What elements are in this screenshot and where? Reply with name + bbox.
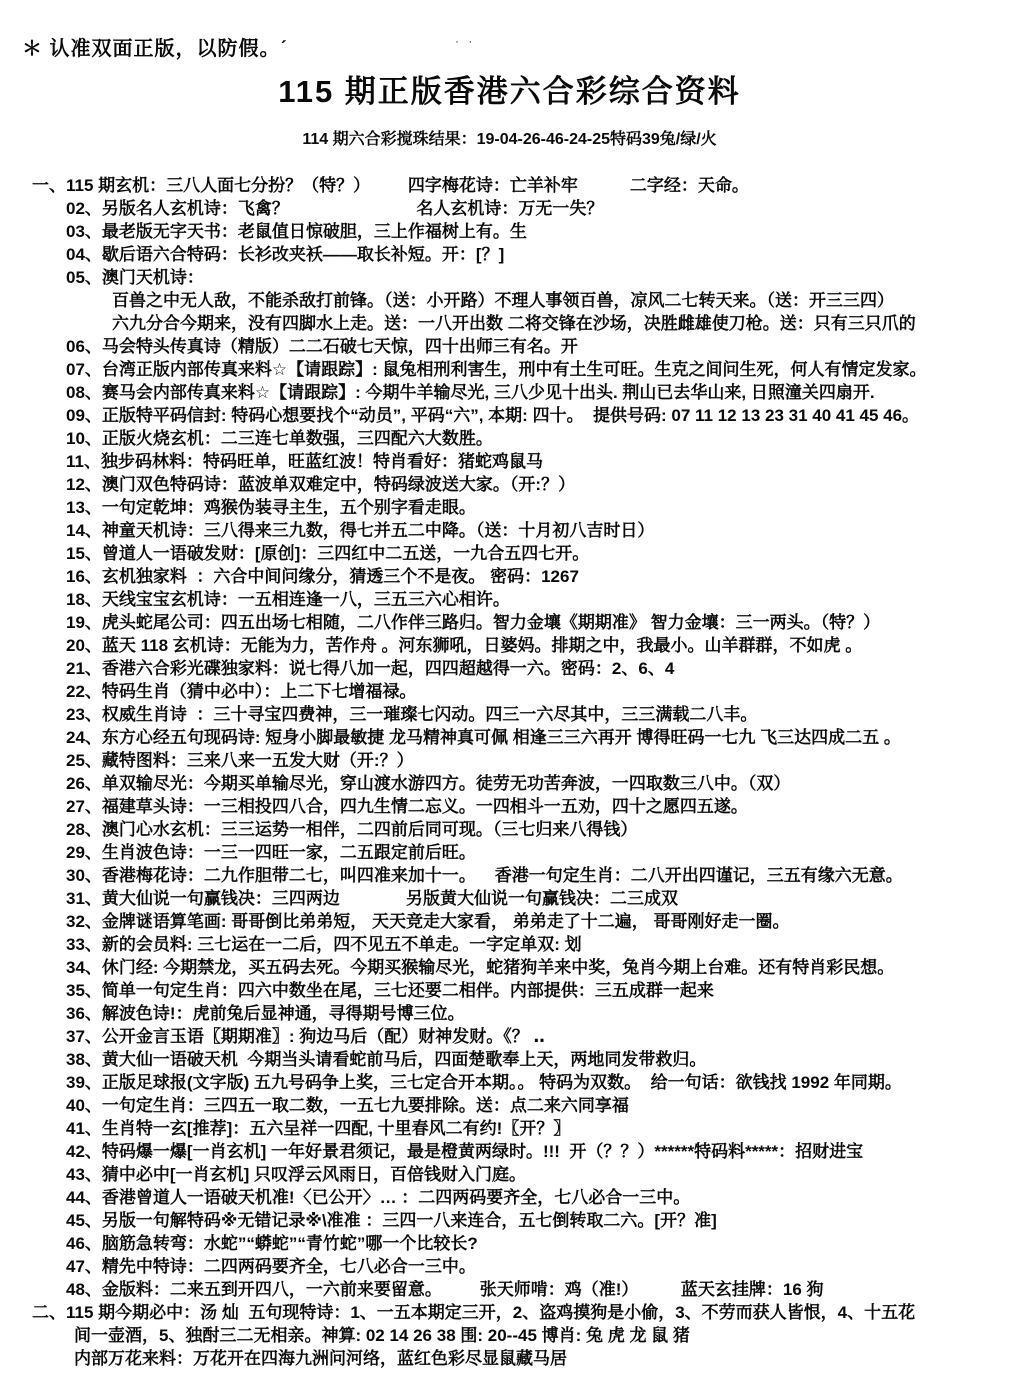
content-line: 42、特码爆一爆[一肖玄机] 一年好景君须记，最是橙黄两绿时。!!! 开（？？）… [0, 1140, 1019, 1163]
content-line: 02、另版名人玄机诗：飞禽？ 名人玄机诗：万无一失？ [0, 197, 1019, 220]
content-line: 33、新的会员料: 三七运在一二后，四不见五不单走。一字定单双: 划 [0, 933, 1019, 956]
content-line: 20、蓝天 118 玄机诗：无能为力，苦作舟 。河东狮吼，日婆妈。排期之中，我最… [0, 634, 1019, 657]
content-line: 47、精先中特诗：二四两码要齐全，七八必合一三中。 [0, 1255, 1019, 1278]
content-line: 22、特码生肖（猜中必中）：上二下七增福禄。 [0, 680, 1019, 703]
content-line: 35、简单一句定生肖：四六中数坐在尾，三七还要二相伴。内部提供：三五成群一起来 [0, 979, 1019, 1002]
content-line: 45、另版一句解特码※无错记录※\准准 ：三四一八来连合，五七倒转取二六。[开？… [0, 1209, 1019, 1232]
content-line: 41、生肖特一玄[推荐]：五六呈祥一四配, 十里春风二有约!〖开？〗 [0, 1117, 1019, 1140]
content-line: 百兽之中无人敌，不能杀敌打前锋。（送：小开路）不理人事领百兽，凉风二七转天来。（… [0, 289, 1019, 312]
content-line: 05、澳门天机诗： [0, 266, 1019, 289]
content-line: 04、歇后语六合特码：长衫改夹袄——取长补短。开：[？] [0, 243, 1019, 266]
content-line: 43、猜中必中[一肖玄机] 只叹浮云风雨日，百倍钱财入门庭。 [0, 1163, 1019, 1186]
document-page: ＊ 认准双面正版，以防假。ˊ · · 115 期正版香港六合彩综合资料 114 … [0, 0, 1019, 1388]
content-line: 30、香港梅花诗：二九作胆带二七，叫四准来加十一。 香港一句定生肖：二八开出四谨… [0, 864, 1019, 887]
content-line: 39、正版足球报(文字版) 五九号码争上奖，三七定合开本期。。 特码为双数。 给… [0, 1071, 1019, 1094]
content-line: 44、香港曾道人一语破天机准!〈已公开〉… ：二四两码要齐全，七八必合一三中。 [0, 1186, 1019, 1209]
content-line: 10、正版火烧玄机：二三连七单数强，三四配六大数胜。 [0, 427, 1019, 450]
content-line: 06、马会特头传真诗（精版）二二石破七天惊，四十出师三有名。开 [0, 335, 1019, 358]
content-line: 间一壶酒，5、独酎三二无相亲。神算: 02 14 26 38 围: 20--45… [0, 1324, 1019, 1347]
content-line: 二、115 期今期必中：汤 灿 五句现特诗：1、一五本期定三开，2、盗鸡摸狗是小… [0, 1301, 1019, 1324]
content-line: 36、解波色诗!：虎前兔后显神通，寻得期号博三位。 [0, 1002, 1019, 1025]
content-line: 25、藏特图料：三来八来一五发大财（开:？） [0, 749, 1019, 772]
content-line: 27、福建草头诗：一三相投四八合，四九生情二忘义。一四相斗一五劝，四十之愿四五遂… [0, 795, 1019, 818]
content-line: 15、曾道人一语破发财：[原创]：三四红中二五送，一九合五四七开。 [0, 542, 1019, 565]
content-line: 08、赛马会内部传真来料☆【请跟踪】: 今期牛羊输尽光, 三八少见十出头. 荆山… [0, 381, 1019, 404]
content-line: 38、黄大仙一语破天机 今期当头请看蛇前马后，四面楚歌奉上天，两地同发带救归。 [0, 1048, 1019, 1071]
content-line: 09、正版特平码信封: 特码心想要找个“动员”, 平码“六”, 本期: 四十。 … [0, 404, 1019, 427]
draw-result-subtitle: 114 期六合彩搅珠结果：19-04-26-46-24-25特码39兔/绿/火 [0, 126, 1019, 149]
content-line: 13、一句定乾坤：鸡猴伪装寻主生，五个别字看走眼。 [0, 496, 1019, 519]
content-body: 一、115 期玄机：三八人面七分扮？（特？） 四字梅花诗：亡羊补牢 二字经：天命… [0, 174, 1019, 1370]
content-line: 14、神童天机诗：三八得来三九数，得七并五二中降。（送：十月初八吉时日） [0, 519, 1019, 542]
content-line: 六九分合今期来，没有四脚水上走。送：一八开出数 二将交锋在沙场，决胜雌雄使刀枪。… [0, 312, 1019, 335]
content-line: 11、独步码林料：特码旺单，旺蓝红波！特肖看好：猪蛇鸡鼠马 [0, 450, 1019, 473]
content-line: 21、香港六合彩光碟独家料：说七得八加一起，四四超越得一六。密码：2、6、4 [0, 657, 1019, 680]
content-line: 26、单双输尽光：今期买单输尽光，穿山渡水游四方。徒劳无功苦奔波，一四取数三八中… [0, 772, 1019, 795]
content-line: 03、最老版无字天书：老鼠值日惊破胆，三上作福树上有。生 [0, 220, 1019, 243]
content-line: 29、生肖波色诗：一三一四旺一家，二五跟定前后旺。 [0, 841, 1019, 864]
scan-artifact-dots: · · [455, 34, 475, 48]
page-title: 115 期正版香港六合彩综合资料 [0, 66, 1019, 111]
content-line: 18、天线宝宝玄机诗：一五相连逢一八，三五三六心相许。 [0, 588, 1019, 611]
content-line: 16、玄机独家料 ：六合中间问缘分，猜透三个不是夜。 密码：1267 [0, 565, 1019, 588]
content-line: 32、金牌谜语算笔画: 哥哥倒比弟弟短， 天天竞走大家看， 弟弟走了十二遍， 哥… [0, 910, 1019, 933]
content-line: 40、一句定生肖：三四五一取二数，一五七九要排除。送：点二来六同享福 [0, 1094, 1019, 1117]
content-line: 37、公开金言玉语〖期期准〗: 狗边马后（配）财神发财。《？ ‥ [0, 1025, 1019, 1048]
content-line: 12、澳门双色特码诗：蓝波单双难定中，特码绿波送大家。（开:？） [0, 473, 1019, 496]
header-note: ＊ 认准双面正版，以防假。ˊ [22, 32, 288, 61]
content-line: 23、权威生肖诗 ：三十寻宝四费神，三一璀璨七闪动。四三一六尽其中，三三满载二八… [0, 703, 1019, 726]
content-line: 28、澳门心水玄机：三三运势一相伴，二四前后同可现。（三七归来八得钱） [0, 818, 1019, 841]
content-line: 48、金版料：二来五到开四八，一六前来要留意。 张天师啃：鸡（准!） 蓝天玄挂牌… [0, 1278, 1019, 1301]
content-line: 19、虎头蛇尾公司：四五出场七相随，二八作伴三路归。智力金壤《期期准》 智力金壤… [0, 611, 1019, 634]
content-line: 46、脑筋急转弯：水蛇”“蟒蛇”“青竹蛇”哪一个比较长? [0, 1232, 1019, 1255]
content-line: 一、115 期玄机：三八人面七分扮？（特？） 四字梅花诗：亡羊补牢 二字经：天命… [0, 174, 1019, 197]
content-line: 34、休门经: 今期禁龙，买五码去死。今期买猴输尽光，蛇猪狗羊来中奖，兔肖今期上… [0, 956, 1019, 979]
content-line: 31、黄大仙说一句赢钱决：三四两边 另版黄大仙说一句赢钱决：二三成双 [0, 887, 1019, 910]
content-line: 24、东方心经五句现码诗: 短身小脚最敏捷 龙马精神真可佩 相逢三三六再开 博得… [0, 726, 1019, 749]
content-line: 内部万花来料：万花开在四海九洲问河络，蓝红色彩尽显鼠藏马居 [0, 1347, 1019, 1370]
content-line: 07、台湾正版内部传真来料☆【请跟踪】: 鼠兔相刑利害生，刑中有土生可旺。生克之… [0, 358, 1019, 381]
